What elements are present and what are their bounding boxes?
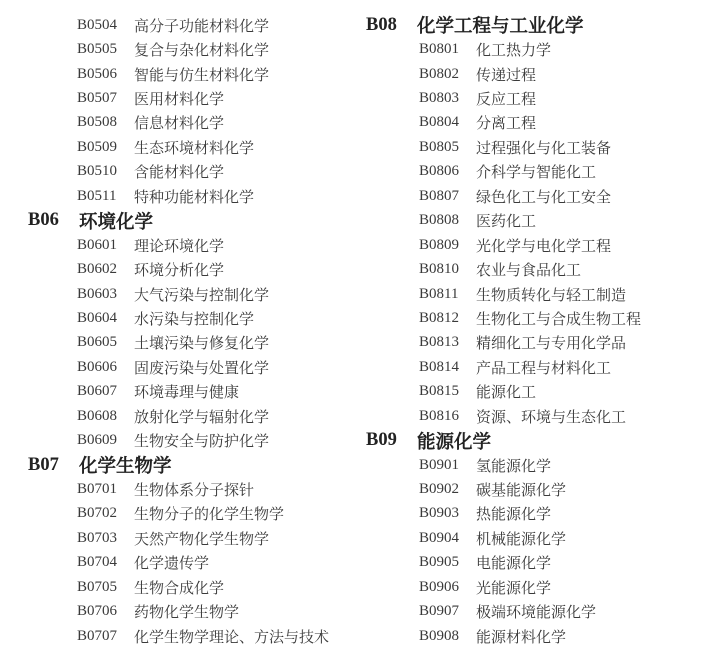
list-item: B0602环境分析化学 (28, 257, 363, 281)
list-item: B0605土壤污染与修复化学 (28, 331, 363, 355)
item-code: B0704 (77, 554, 134, 571)
item-code: B0902 (419, 481, 476, 498)
item-label: 能源化工 (476, 381, 536, 402)
list-item: B0506智能与仿生材料化学 (28, 62, 363, 86)
item-code: B0804 (419, 114, 476, 131)
list-item: B0804分离工程 (366, 111, 718, 135)
column-right: B08化学工程与工业化学B0801化工热力学B0802传递过程B0803反应工程… (366, 13, 718, 648)
item-code: B0901 (419, 457, 476, 474)
list-item: B0810农业与食品化工 (366, 257, 718, 281)
item-code: B0601 (77, 237, 134, 254)
item-code: B0809 (419, 237, 476, 254)
item-code: B0510 (77, 163, 134, 180)
item-label: 高分子功能材料化学 (134, 15, 269, 36)
item-code: B0606 (77, 359, 134, 376)
list-item: B0607环境毒理与健康 (28, 380, 363, 404)
list-item: B0707化学生物学理论、方法与技术 (28, 624, 363, 648)
list-item: B0906光能源化学 (366, 575, 718, 599)
item-label: 绿色化工与化工安全 (476, 186, 611, 207)
item-code: B0813 (419, 334, 476, 351)
item-code: B0814 (419, 359, 476, 376)
item-label: 生物合成化学 (134, 577, 224, 598)
item-label: 生物体系分子探针 (134, 479, 254, 500)
list-item: B0511特种功能材料化学 (28, 184, 363, 208)
list-item: B0904机械能源化学 (366, 526, 718, 550)
item-label: 极端环境能源化学 (476, 601, 596, 622)
section-title: 环境化学 (79, 208, 153, 234)
list-item: B0808医药化工 (366, 209, 718, 233)
item-label: 化学遗传学 (134, 552, 209, 573)
item-label: 天然产物化学生物学 (134, 528, 269, 549)
section-header: B08化学工程与工业化学 (366, 13, 718, 37)
item-code: B0706 (77, 603, 134, 620)
item-code: B0904 (419, 530, 476, 547)
item-label: 农业与食品化工 (476, 259, 581, 280)
list-item: B0803反应工程 (366, 86, 718, 110)
list-item: B0816资源、环境与生态化工 (366, 404, 718, 428)
list-item: B0603大气污染与控制化学 (28, 282, 363, 306)
list-item: B0801化工热力学 (366, 37, 718, 61)
item-label: 反应工程 (476, 88, 536, 109)
section-header: B09能源化学 (366, 428, 718, 452)
list-item: B0704化学遗传学 (28, 551, 363, 575)
item-label: 光能源化学 (476, 577, 551, 598)
item-code: B0702 (77, 505, 134, 522)
item-code: B0602 (77, 261, 134, 278)
list-item: B0806介科学与智能化工 (366, 160, 718, 184)
list-item: B0812生物化工与合成生物工程 (366, 306, 718, 330)
item-label: 资源、环境与生态化工 (476, 406, 626, 427)
item-code: B0815 (419, 383, 476, 400)
section-title: 化学工程与工业化学 (417, 12, 584, 38)
item-label: 复合与杂化材料化学 (134, 39, 269, 60)
list-item: B0504高分子功能材料化学 (28, 13, 363, 37)
item-code: B0508 (77, 114, 134, 131)
item-code: B0703 (77, 530, 134, 547)
item-code: B0803 (419, 90, 476, 107)
item-code: B0607 (77, 383, 134, 400)
list-item: B0608放射化学与辐射化学 (28, 404, 363, 428)
item-label: 机械能源化学 (476, 528, 566, 549)
list-item: B0815能源化工 (366, 380, 718, 404)
list-item: B0508信息材料化学 (28, 111, 363, 135)
item-label: 大气污染与控制化学 (134, 284, 269, 305)
list-item: B0505复合与杂化材料化学 (28, 37, 363, 61)
item-code: B0604 (77, 310, 134, 327)
item-code: B0908 (419, 628, 476, 645)
section-code: B08 (366, 15, 417, 36)
item-code: B0608 (77, 408, 134, 425)
item-label: 环境毒理与健康 (134, 381, 239, 402)
item-label: 生物安全与防护化学 (134, 430, 269, 451)
list-item: B0802传递过程 (366, 62, 718, 86)
item-label: 药物化学生物学 (134, 601, 239, 622)
item-code: B0509 (77, 139, 134, 156)
item-code: B0805 (419, 139, 476, 156)
item-code: B0511 (77, 188, 134, 205)
item-code: B0808 (419, 212, 476, 229)
document-page: B0504高分子功能材料化学B0505复合与杂化材料化学B0506智能与仿生材料… (0, 0, 720, 658)
section-code: B06 (28, 210, 79, 231)
item-label: 生物质转化与轻工制造 (476, 284, 626, 305)
list-item: B0902碳基能源化学 (366, 477, 718, 501)
item-label: 光化学与电化学工程 (476, 235, 611, 256)
list-item: B0604水污染与控制化学 (28, 306, 363, 330)
section-title: 能源化学 (417, 428, 491, 454)
item-code: B0701 (77, 481, 134, 498)
item-code: B0810 (419, 261, 476, 278)
list-item: B0706药物化学生物学 (28, 600, 363, 624)
section-code: B09 (366, 430, 417, 451)
item-code: B0705 (77, 579, 134, 596)
item-code: B0505 (77, 41, 134, 58)
item-label: 特种功能材料化学 (134, 186, 254, 207)
item-code: B0907 (419, 603, 476, 620)
item-code: B0507 (77, 90, 134, 107)
list-item: B0809光化学与电化学工程 (366, 233, 718, 257)
item-label: 电能源化学 (476, 552, 551, 573)
item-label: 精细化工与专用化学品 (476, 332, 626, 353)
item-label: 医药化工 (476, 210, 536, 231)
list-item: B0901氢能源化学 (366, 453, 718, 477)
list-item: B0702生物分子的化学生物学 (28, 502, 363, 526)
item-code: B0605 (77, 334, 134, 351)
item-code: B0905 (419, 554, 476, 571)
item-code: B0504 (77, 17, 134, 34)
item-code: B0609 (77, 432, 134, 449)
list-item: B0903热能源化学 (366, 502, 718, 526)
item-code: B0802 (419, 66, 476, 83)
item-label: 能源材料化学 (476, 626, 566, 647)
item-label: 热能源化学 (476, 503, 551, 524)
list-item: B0905电能源化学 (366, 551, 718, 575)
item-label: 医用材料化学 (134, 88, 224, 109)
item-label: 放射化学与辐射化学 (134, 406, 269, 427)
list-item: B0805过程强化与化工装备 (366, 135, 718, 159)
item-code: B0506 (77, 66, 134, 83)
item-label: 化工热力学 (476, 39, 551, 60)
item-code: B0801 (419, 41, 476, 58)
item-label: 氢能源化学 (476, 455, 551, 476)
section-code: B07 (28, 455, 79, 476)
list-item: B0507医用材料化学 (28, 86, 363, 110)
section-header: B06环境化学 (28, 209, 363, 233)
item-label: 智能与仿生材料化学 (134, 64, 269, 85)
list-item: B0811生物质转化与轻工制造 (366, 282, 718, 306)
item-label: 介科学与智能化工 (476, 161, 596, 182)
item-label: 水污染与控制化学 (134, 308, 254, 329)
list-item: B0807绿色化工与化工安全 (366, 184, 718, 208)
list-item: B0510含能材料化学 (28, 160, 363, 184)
item-label: 含能材料化学 (134, 161, 224, 182)
list-item: B0814产品工程与材料化工 (366, 355, 718, 379)
item-code: B0806 (419, 163, 476, 180)
list-item: B0509生态环境材料化学 (28, 135, 363, 159)
list-item: B0908能源材料化学 (366, 624, 718, 648)
list-item: B0907极端环境能源化学 (366, 600, 718, 624)
item-label: 理论环境化学 (134, 235, 224, 256)
item-code: B0811 (419, 286, 476, 303)
list-item: B0701生物体系分子探针 (28, 477, 363, 501)
section-title: 化学生物学 (79, 452, 172, 478)
item-code: B0906 (419, 579, 476, 596)
item-label: 生物分子的化学生物学 (134, 503, 284, 524)
list-item: B0609生物安全与防护化学 (28, 428, 363, 452)
item-code: B0903 (419, 505, 476, 522)
item-label: 化学生物学理论、方法与技术 (134, 626, 329, 647)
list-item: B0703天然产物化学生物学 (28, 526, 363, 550)
list-item: B0601理论环境化学 (28, 233, 363, 257)
item-code: B0603 (77, 286, 134, 303)
item-label: 环境分析化学 (134, 259, 224, 280)
item-label: 传递过程 (476, 64, 536, 85)
list-item: B0606固废污染与处置化学 (28, 355, 363, 379)
column-left: B0504高分子功能材料化学B0505复合与杂化材料化学B0506智能与仿生材料… (28, 13, 363, 648)
item-code: B0707 (77, 628, 134, 645)
list-item: B0705生物合成化学 (28, 575, 363, 599)
item-label: 生物化工与合成生物工程 (476, 308, 641, 329)
item-code: B0816 (419, 408, 476, 425)
item-label: 土壤污染与修复化学 (134, 332, 269, 353)
item-label: 产品工程与材料化工 (476, 357, 611, 378)
item-label: 过程强化与化工装备 (476, 137, 611, 158)
item-code: B0807 (419, 188, 476, 205)
section-header: B07化学生物学 (28, 453, 363, 477)
item-label: 信息材料化学 (134, 112, 224, 133)
item-label: 分离工程 (476, 112, 536, 133)
item-code: B0812 (419, 310, 476, 327)
list-item: B0813精细化工与专用化学品 (366, 331, 718, 355)
item-label: 碳基能源化学 (476, 479, 566, 500)
item-label: 固废污染与处置化学 (134, 357, 269, 378)
item-label: 生态环境材料化学 (134, 137, 254, 158)
